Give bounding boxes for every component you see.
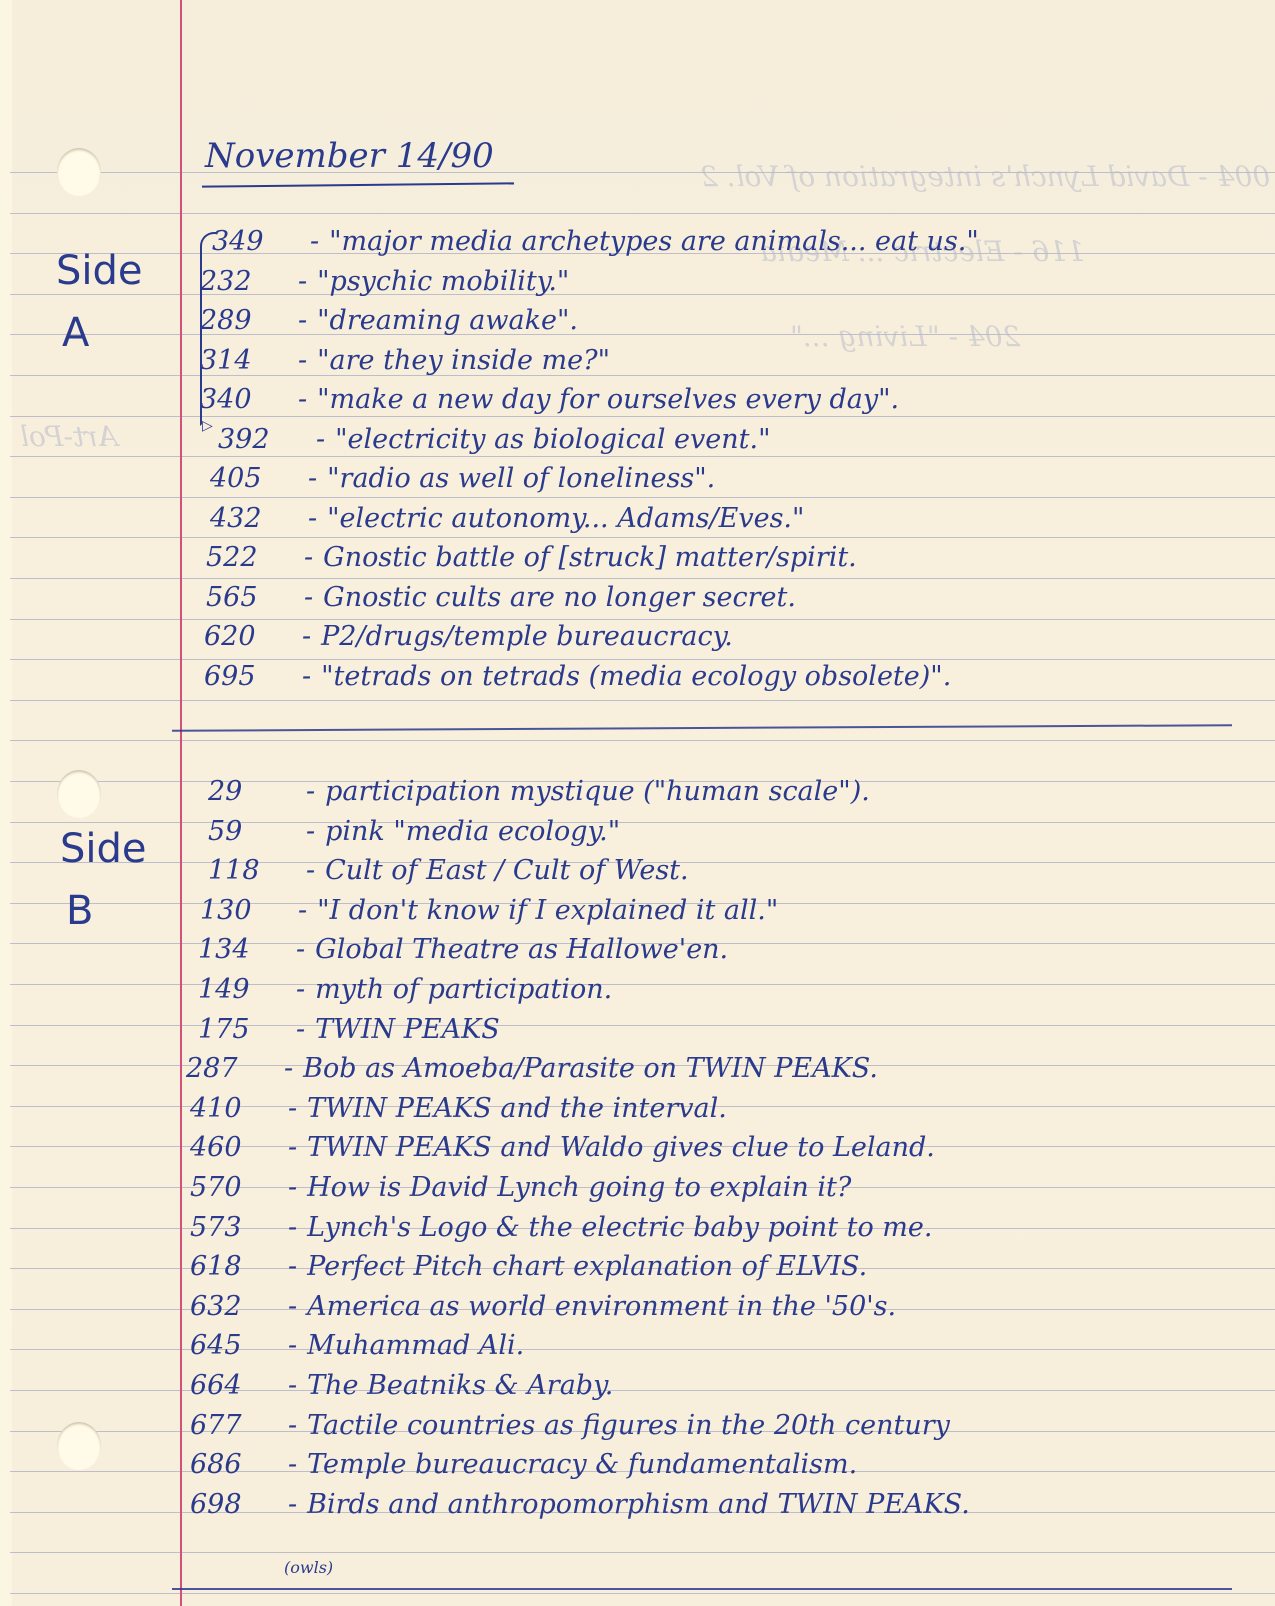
page-title: November 14/90 [205,136,494,176]
entry-text: "psychic mobility." [317,266,569,297]
entry-text: "make a new day for ourselves every day"… [317,384,899,415]
entry-number: 620 [204,621,302,652]
notebook-page: 004 - David Lynch's integration of Vol. … [0,0,1275,1606]
list-item: 232-"psychic mobility." [200,266,569,297]
entry-text: TWIN PEAKS and Waldo gives clue to Lelan… [307,1132,935,1163]
list-item: 632-America as world environment in the … [190,1291,896,1322]
bleed-through-text: 204 - "Living ..." [790,320,1020,353]
list-item: 573-Lynch's Logo & the electric baby poi… [190,1212,932,1243]
entry-number: 175 [198,1014,296,1045]
entry-dash: - [288,1172,297,1203]
entry-dash: - [288,1212,297,1243]
entry-text: Birds and anthropomorphism and TWIN PEAK… [307,1489,970,1520]
entry-dash: - [296,974,305,1005]
entry-number: 29 [208,776,306,807]
entry-text: Tactile countries as figures in the 20th… [307,1410,950,1441]
side-b-label-word: Side [60,826,147,872]
entry-text: TWIN PEAKS [315,1014,500,1045]
entry-text: "dreaming awake". [317,305,578,336]
entry-number: 570 [190,1172,288,1203]
entry-text: TWIN PEAKS and the interval. [307,1093,727,1124]
rule-line [10,213,1275,214]
entry-number: 695 [204,661,302,692]
entry-text: Temple bureaucracy & fundamentalism. [307,1449,857,1480]
list-item: 134-Global Theatre as Hallowe'en. [198,934,728,965]
entry-dash: - [308,463,317,494]
side-b-label-letter: B [66,888,93,934]
entry-subnote: (owls) [284,1558,333,1577]
entry-number: 565 [206,582,304,613]
rule-line [10,1552,1275,1553]
entry-dash: - [302,621,311,652]
list-item: 677-Tactile countries as figures in the … [190,1410,950,1441]
entry-dash: - [298,305,307,336]
bleed-through-text: 004 - David Lynch's integration of Vol. … [700,160,1270,193]
entry-number: 522 [206,542,304,573]
punch-hole-bottom [57,1422,101,1470]
entry-dash: - [310,226,319,257]
entry-number: 664 [190,1370,288,1401]
arrow-icon: ▷ [202,418,213,434]
entry-text: Perfect Pitch chart explanation of ELVIS… [307,1251,867,1282]
entry-number: 287 [186,1053,284,1084]
entry-dash: - [316,424,325,455]
entry-number: 340 [200,384,298,415]
entry-number: 432 [210,503,308,534]
list-item: 664-The Beatniks & Araby. [190,1370,613,1401]
entry-dash: - [298,345,307,376]
entry-number: 677 [190,1410,288,1441]
entry-number: 632 [190,1291,288,1322]
list-item: 130-"I don't know if I explained it all.… [200,895,778,926]
entry-number: 460 [190,1132,288,1163]
entry-text: The Beatniks & Araby. [307,1370,613,1401]
entry-number: 149 [198,974,296,1005]
list-item: 340-"make a new day for ourselves every … [200,384,899,415]
entry-dash: - [296,934,305,965]
rule-line [10,700,1275,701]
entry-number: 645 [190,1330,288,1361]
rule-line [10,456,1275,457]
entry-text: "major media archetypes are animals... e… [329,226,979,257]
entry-dash: - [288,1251,297,1282]
entry-text: America as world environment in the '50'… [307,1291,896,1322]
entry-number: 405 [210,463,308,494]
list-item: 287-Bob as Amoeba/Parasite on TWIN PEAKS… [186,1053,878,1084]
entry-text: participation mystique ("human scale"). [325,776,870,807]
list-item: 565-Gnostic cults are no longer secret. [206,582,796,613]
entry-text: pink "media ecology." [325,816,620,847]
list-item: 118-Cult of East / Cult of West. [208,855,689,886]
entry-dash: - [304,542,313,573]
entry-dash: - [298,384,307,415]
title-underline [202,182,514,187]
entry-text: "radio as well of loneliness". [327,463,715,494]
entry-dash: - [288,1410,297,1441]
entry-text: "electricity as biological event." [335,424,770,455]
entry-text: P2/drugs/temple bureaucracy. [321,621,733,652]
list-item: 645-Muhammad Ali. [190,1330,524,1361]
rule-line [10,619,1275,620]
entry-number: 686 [190,1449,288,1480]
entry-dash: - [302,661,311,692]
entry-dash: - [288,1449,297,1480]
list-item: 410-TWIN PEAKS and the interval. [190,1093,727,1124]
list-item: 175-TWIN PEAKS [198,1014,500,1045]
list-item: 289-"dreaming awake". [200,305,578,336]
list-item: 59-pink "media ecology." [208,816,620,847]
entry-text: How is David Lynch going to explain it? [307,1172,851,1203]
entry-text: Bob as Amoeba/Parasite on TWIN PEAKS. [303,1053,878,1084]
entry-number: 118 [208,855,306,886]
entry-number: 573 [190,1212,288,1243]
list-item: 149-myth of participation. [198,974,612,1005]
entry-dash: - [306,855,315,886]
list-item: 618-Perfect Pitch chart explanation of E… [190,1251,867,1282]
entry-text: Gnostic cults are no longer secret. [323,582,796,613]
list-item: 570-How is David Lynch going to explain … [190,1172,851,1203]
entry-dash: - [298,895,307,926]
list-item: 432-"electric autonomy... Adams/Eves." [210,503,804,534]
entry-number: 698 [190,1489,288,1520]
entry-dash: - [296,1014,305,1045]
list-item: 522-Gnostic battle of [struck] matter/sp… [206,542,857,573]
entry-dash: - [288,1093,297,1124]
entry-number: 349 [212,226,310,257]
list-item: 405-"radio as well of loneliness". [210,463,715,494]
list-item: 695-"tetrads on tetrads (media ecology o… [204,661,951,692]
rule-line [10,1593,1275,1594]
entry-text: Lynch's Logo & the electric baby point t… [307,1212,932,1243]
entry-text: myth of participation. [315,974,612,1005]
rule-line [10,578,1275,579]
list-item: 29-participation mystique ("human scale"… [208,776,870,807]
entry-text: "I don't know if I explained it all." [317,895,778,926]
entry-text: "tetrads on tetrads (media ecology obsol… [321,661,951,692]
bottom-divider [172,1588,1232,1590]
entry-dash: - [288,1330,297,1361]
list-item: 698-Birds and anthropomorphism and TWIN … [190,1489,970,1520]
entry-dash: - [288,1370,297,1401]
entry-text: "electric autonomy... Adams/Eves." [327,503,804,534]
entry-dash: - [288,1291,297,1322]
punch-hole-middle [57,770,101,818]
entry-number: 392 [218,424,316,455]
list-item: 620-P2/drugs/temple bureaucracy. [204,621,733,652]
margin-line [180,0,182,1606]
entry-number: 289 [200,305,298,336]
entry-number: 314 [200,345,298,376]
rule-line [10,497,1275,498]
punch-hole-top [57,148,101,196]
entry-number: 130 [200,895,298,926]
entry-dash: - [304,582,313,613]
entry-dash: - [306,776,315,807]
section-divider [172,724,1232,732]
rule-line [10,537,1275,538]
page-left-edge [0,0,12,1606]
entry-dash: - [306,816,315,847]
entry-dash: - [288,1489,297,1520]
entry-text: Muhammad Ali. [307,1330,524,1361]
entry-number: 410 [190,1093,288,1124]
entry-text: Cult of East / Cult of West. [325,855,689,886]
entry-dash: - [308,503,317,534]
entry-number: 59 [208,816,306,847]
entry-number: 134 [198,934,296,965]
side-a-label-letter: A [62,310,89,356]
side-a-label-word: Side [56,248,143,294]
entry-text: "are they inside me?" [317,345,610,376]
list-item: 392-"electricity as biological event." [218,424,771,455]
entry-dash: - [284,1053,293,1084]
bleed-through-text: Art-Pol [20,420,118,453]
entry-text: Gnostic battle of [struck] matter/spirit… [323,542,857,573]
entry-dash: - [298,266,307,297]
rule-line [10,822,1275,823]
entry-dash: - [288,1132,297,1163]
entry-text: Global Theatre as Hallowe'en. [315,934,728,965]
list-item: 349-"major media archetypes are animals.… [212,226,979,257]
entry-number: 232 [200,266,298,297]
list-item: 314-"are they inside me?" [200,345,610,376]
list-item: 460-TWIN PEAKS and Waldo gives clue to L… [190,1132,935,1163]
list-item: 686-Temple bureaucracy & fundamentalism. [190,1449,857,1480]
rule-line [10,740,1275,741]
entry-number: 618 [190,1251,288,1282]
